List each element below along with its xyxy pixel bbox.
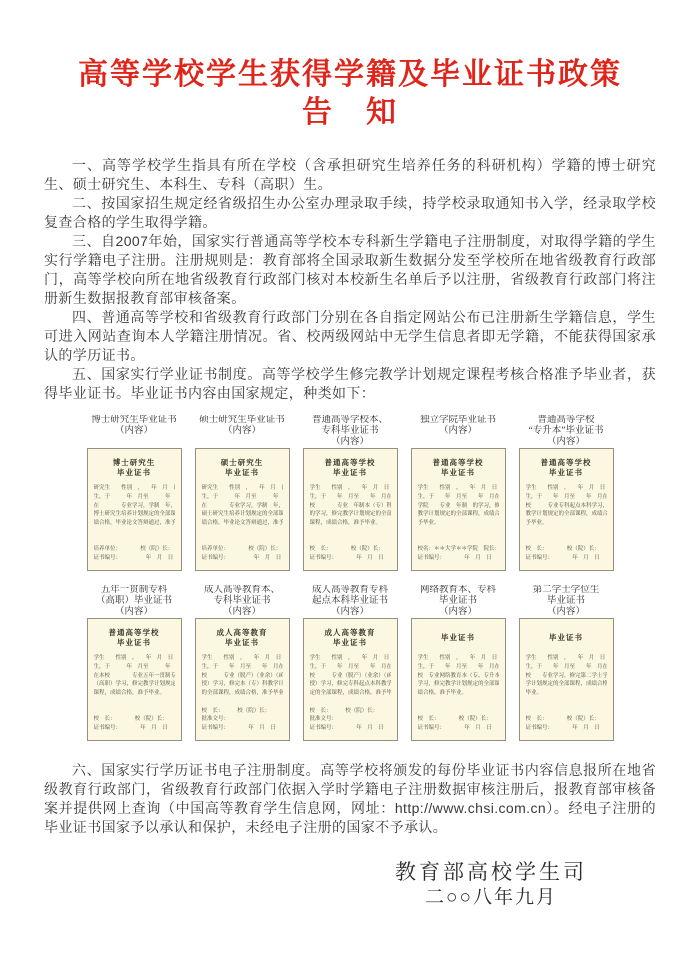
- certificate-body-line: 学计划规定的全部课程，成绩合格，准予: [526, 680, 607, 689]
- certificate-signature-lines: 校 长： 校（院）长：证书编号： 年 月 日: [310, 545, 391, 563]
- certificate-sign-line: 校 长： 校（院）长：: [310, 707, 391, 716]
- certificate-body: 学生 性别 ， 年 月 日生，于 年 月至 年 月在本校 专业（脱产）（业余）（…: [202, 654, 283, 698]
- certificate-label-line: 专科毕业证书: [303, 426, 398, 437]
- certificate-signature-lines: 培养单位： 校（院）长：证书编号： 年 月 日: [94, 545, 175, 563]
- certificate-title-line: 博士研究生: [94, 458, 175, 468]
- certificate-label-line: 网络教育本、专科: [411, 585, 506, 596]
- certificate-title-line: 普通高等学校: [310, 458, 391, 468]
- certificate-body-line: 在 专业学习，学制 年，修完: [202, 502, 283, 511]
- certificate-title-line: 普通高等学校: [418, 458, 499, 468]
- document-title-line2: 告 知: [302, 96, 398, 129]
- document-page: 高等学校学生获得学籍及毕业证书政策 告 知 一、高等学校学生指具有所在学校（含承…: [0, 0, 700, 971]
- certificate-body-line: 定的全部课程，成绩合格，准予毕业。: [310, 689, 391, 698]
- certificate-body-line: 学生 性别 ， 年 月 日: [310, 654, 391, 663]
- certificate-body-line: 生，于 年 月至 年 月在本: [526, 493, 607, 502]
- certificate-body-line: 授）学习，修完专科起点本科教学计划规: [310, 680, 391, 689]
- certificate-label-line: “专升本”毕业证书: [519, 426, 614, 437]
- certificate-body-line: 课程，成绩合格，准予毕业。: [94, 689, 175, 698]
- certificate-thumbnail: 普通高等学校毕业证书学生 性别 ， 年 月 日生，于 年 月至 年 月在本校 专…: [519, 448, 614, 571]
- policy-paragraph-six: 六、国家实行学历证书电子注册制度。高等学校将颁发的每份毕业证书内容信息报所在地省…: [44, 761, 656, 837]
- certificate-title-line: 普通高等学校: [526, 458, 607, 468]
- certificate-thumbnail: 毕业证书学生 性别 ， 年 月 日生，于 年 月至 年 月在本校 专业网络教育本…: [411, 618, 506, 741]
- certificate-label: 成人高等教育专科起点本科毕业证书（内容）: [303, 585, 398, 618]
- certificate-grid: 博士研究生毕业证书（内容）博士研究生毕业证书研究生 性别 ， 年 月 日生，于 …: [0, 415, 700, 741]
- certificate-title: 普通高等学校毕业证书: [310, 457, 391, 478]
- certificate-thumbnail: 普通高等学校毕业证书学生 性别 ， 年 月 日生，于 年 月至 年 月在本校 专…: [303, 448, 398, 571]
- certificate-title: 硕士研究生毕业证书: [202, 457, 283, 478]
- certificate-sign-line: 校 长： 校（院）长：: [94, 715, 175, 724]
- certificate-title: 博士研究生毕业证书: [94, 457, 175, 478]
- certificate-body-line: 学生 性别 ， 年 月 日: [94, 654, 175, 663]
- policy-paragraph-4: 四、普通高等学校和省级教育行政部门分别在各自指定网站公布已注册新生学籍信息，学生…: [44, 308, 656, 365]
- certificate-label: 硕士研究生毕业证书（内容）: [195, 415, 290, 448]
- certificate-label: 网络教育本、专科毕业证书（内容）: [411, 585, 506, 618]
- certificate-title: 毕业证书: [526, 627, 607, 648]
- certificate-body-line: 毕业。: [526, 689, 607, 698]
- certificate-sign-line: 校 长： 校（院）长：: [310, 545, 391, 554]
- paragraph-six-wrap: 六、国家实行学历证书电子注册制度。高等学校将颁发的每份毕业证书内容信息报所在地省…: [44, 761, 656, 837]
- certificate-cell: 普通高等学校“专升本”毕业证书（内容）普通高等学校毕业证书学生 性别 ， 年 月…: [519, 415, 614, 571]
- certificate-title: 成人高等教育毕业证书: [202, 627, 283, 648]
- certificate-label-line: 成人高等教育专科: [303, 585, 398, 596]
- certificate-thumbnail: 普通高等学校毕业证书学生 性别 ， 年 月 日生，于 年 月至 年 月在本学院 …: [411, 448, 506, 571]
- certificate-body: 学生 性别 ， 年 月 日生，于 年 月至 年 月在本校 专业五年一贯制专科（高…: [94, 654, 175, 698]
- certificate-body-line: 生，于 年 月至 年 月在本: [418, 493, 499, 502]
- certificate-body-line: 研究生 性别 ， 年 月 日: [202, 484, 283, 493]
- certificate-body-line: 的学习，修完教学计划规定的全部: [310, 510, 391, 519]
- certificate-title-line: 毕业证书: [418, 633, 499, 643]
- certificate-body-line: 生，于 年 月至 年 月在本: [310, 493, 391, 502]
- certificate-body: 研究生 性别 ， 年 月 日生，于 年 月至 年 月在 专业学习，学制 年，修完…: [94, 484, 175, 528]
- certificate-label-line: （内容）: [195, 426, 290, 437]
- certificate-cell: 网络教育本、专科毕业证书（内容）毕业证书学生 性别 ， 年 月 日生，于 年 月…: [411, 585, 506, 741]
- certificate-thumbnail: 博士研究生毕业证书研究生 性别 ， 年 月 日生，于 年 月至 年 月在 专业学…: [87, 448, 182, 571]
- certificate-row-1: 博士研究生毕业证书（内容）博士研究生毕业证书研究生 性别 ， 年 月 日生，于 …: [0, 415, 700, 571]
- certificate-title-line: 毕业证书: [310, 638, 391, 648]
- certificate-body-line: 予毕业。: [418, 519, 499, 528]
- certificate-body-line: 课程，成绩合格，准予毕业。: [310, 519, 391, 528]
- certificate-signature-lines: 校 长： 校（院）长：证书编号： 年 月 日: [526, 545, 607, 563]
- certificate-sign-line: 证书编号： 年 月 日: [202, 724, 283, 733]
- certificate-signature-lines: 校 长： 校（院）长：证书编号： 年 月 日: [418, 715, 499, 733]
- certificate-body-line: 学生 性别 ， 年 月 日: [526, 654, 607, 663]
- certificate-body-line: 硕士研究生培养计划规定的全部课程，成: [202, 510, 283, 519]
- certificate-body-line: 教学计划规定的全部课程，成绩合格，准: [526, 510, 607, 519]
- certificate-thumbnail: 成人高等教育毕业证书学生 性别 ， 年 月 日生，于 年 月至 年 月在本校 专…: [195, 618, 290, 741]
- certificate-label-line: 普通高等学校本、: [303, 415, 398, 426]
- certificate-cell: 普通高等学校本、专科毕业证书（内容）普通高等学校毕业证书学生 性别 ， 年 月 …: [303, 415, 398, 571]
- certificate-label-line: （内容）: [519, 607, 614, 618]
- certificate-body-line: 绩合格，毕业论文答辩通过，准予毕业。: [202, 519, 283, 528]
- certificate-title-line: 毕业证书: [202, 638, 283, 648]
- certificate-body-line: 校 专业网络教育本（专、专升本）科: [418, 672, 499, 681]
- certificate-title-line: 毕业证书: [310, 468, 391, 478]
- certificate-signature-lines: 校 长： 校（院）长：证书编号： 年 月 日: [94, 715, 175, 733]
- certificate-label: 五年一贯制专科（高职）毕业证书（内容）: [87, 585, 182, 618]
- certificate-label-line: （内容）: [195, 607, 290, 618]
- certificate-sign-line: 培养单位： 校（院）长：: [202, 545, 283, 554]
- certificate-body-line: 绩合格，准予毕业。: [418, 689, 499, 698]
- certificate-label-line: 独立学院毕业证书: [411, 415, 506, 426]
- certificate-title-line: 毕业证书: [202, 468, 283, 478]
- certificate-body-line: 生，于 年 月至 年 月在本: [418, 663, 499, 672]
- certificate-label-line: （内容）: [87, 426, 182, 437]
- certificate-sign-line: 批准文号：: [310, 715, 391, 724]
- certificate-body: 研究生 性别 ， 年 月 日生，于 年 月至 年 月在 专业学习，学制 年，修完…: [202, 484, 283, 528]
- certificate-thumbnail: 毕业证书学生 性别 ， 年 月 日生，于 年 月至 年 月在本校 专业学习，修完…: [519, 618, 614, 741]
- certificate-row-2: 五年一贯制专科（高职）毕业证书（内容）普通高等学校毕业证书学生 性别 ， 年 月…: [0, 585, 700, 741]
- certificate-cell: 硕士研究生毕业证书（内容）硕士研究生毕业证书研究生 性别 ， 年 月 日生，于 …: [195, 415, 290, 571]
- certificate-label-line: 普通高等学校: [519, 415, 614, 426]
- certificate-label-line: 起点本科毕业证书: [303, 596, 398, 607]
- certificate-sign-line: 校 长： 校（院）长：: [202, 707, 283, 716]
- certificate-body-line: 校 专业专科起点本科学习，修完: [526, 502, 607, 511]
- certificate-signature-lines: 校 长： 校（院）长：批准文号：证书编号： 年 月 日: [202, 707, 283, 733]
- signature-block: 教育部高校学生司 二○○八年九月: [366, 859, 616, 911]
- certificate-label-line: （内容）: [519, 437, 614, 448]
- certificate-title-line: 成人高等教育: [310, 628, 391, 638]
- certificate-title-line: 毕业证书: [94, 638, 175, 648]
- certificate-sign-line: 证书编号： 年 月 日: [418, 554, 499, 563]
- certificate-thumbnail: 普通高等学校毕业证书学生 性别 ， 年 月 日生，于 年 月至 年 月在本校 专…: [87, 618, 182, 741]
- certificate-body: 学生 性别 ， 年 月 日生，于 年 月至 年 月在本校 专业专科起点本科学习，…: [526, 484, 607, 528]
- certificate-body: 学生 性别 ， 年 月 日生，于 年 月至 年 月在本学院 专业 年制 的学习，…: [418, 484, 499, 528]
- certificate-sign-line: 证书编号： 年 月 日: [94, 724, 175, 733]
- certificate-body-line: 校 专业 年制本（专）科: [310, 502, 391, 511]
- certificate-label: 独立学院毕业证书（内容）: [411, 415, 506, 448]
- certificate-label-line: （内容）: [411, 607, 506, 618]
- certificate-body-line: 学生 性别 ， 年 月 日: [418, 654, 499, 663]
- certificate-label-line: 硕士研究生毕业证书: [195, 415, 290, 426]
- certificate-sign-line: 证书编号： 年 月 日: [526, 554, 607, 563]
- certificate-label: 普通高等学校“专升本”毕业证书（内容）: [519, 415, 614, 448]
- certificate-body-line: 校 专业（脱产）（业余）（函: [310, 672, 391, 681]
- certificate-body-line: 学生 性别 ， 年 月 日: [310, 484, 391, 493]
- certificate-title: 普通高等学校毕业证书: [526, 457, 607, 478]
- certificate-label: 普通高等学校本、专科毕业证书（内容）: [303, 415, 398, 448]
- certificate-label-line: 第二学士学位生: [519, 585, 614, 596]
- certificate-cell: 独立学院毕业证书（内容）普通高等学校毕业证书学生 性别 ， 年 月 日生，于 年…: [411, 415, 506, 571]
- certificate-sign-line: 证书编号： 年 月 日: [202, 554, 283, 563]
- certificate-title-line: 普通高等学校: [94, 628, 175, 638]
- document-title-line1: 高等学校学生获得学籍及毕业证书政策: [78, 58, 622, 91]
- policy-paragraph-3: 三、自2007年始，国家实行普通高等学校本专科新生学籍电子注册制度，对取得学籍的…: [44, 232, 656, 308]
- certificate-body: 学生 性别 ， 年 月 日生，于 年 月至 年 月在本校 专业学习，修完第二学士…: [526, 654, 607, 698]
- certificate-label: 第二学士学位生毕业证书（内容）: [519, 585, 614, 618]
- certificate-body-line: 校 专业学习，修完第二学士学位教: [526, 672, 607, 681]
- policy-paragraph-2: 二、按国家招生规定经省级招生办公室办理录取手续，持学校录取通知书入学，经录取学校…: [44, 194, 656, 232]
- certificate-label-line: 成人高等教育本、: [195, 585, 290, 596]
- certificate-signature-lines: 校 长： 校（院）长：批准文号：证书编号： 年 月 日: [310, 707, 391, 733]
- certificate-body-line: 学生 性别 ， 年 月 日: [418, 484, 499, 493]
- certificate-sign-line: 证书编号： 年 月 日: [526, 724, 607, 733]
- certificate-body-line: 在 专业学习，学制 年，修完: [94, 502, 175, 511]
- certificate-label-line: （高职）毕业证书: [87, 596, 182, 607]
- certificate-body-line: 学习，修完教学计划规定的全部课程，成: [418, 680, 499, 689]
- certificate-sign-line: 批准文号：: [202, 715, 283, 724]
- certificate-sign-line: 校 长： 校（院）长：: [526, 545, 607, 554]
- certificate-body: 学生 性别 ， 年 月 日生，于 年 月至 年 月在本校 专业网络教育本（专、专…: [418, 654, 499, 698]
- certificate-body-line: 的全部课程，成绩合格，准予毕业。: [202, 689, 283, 698]
- certificate-thumbnail: 成人高等教育毕业证书学生 性别 ， 年 月 日生，于 年 月至 年 月在本校 专…: [303, 618, 398, 741]
- certificate-cell: 第二学士学位生毕业证书（内容）毕业证书学生 性别 ， 年 月 日生，于 年 月至…: [519, 585, 614, 741]
- policy-paragraph-1: 一、高等学校学生指具有所在学校（含承担研究生培养任务的科研机构）学籍的博士研究生…: [44, 156, 656, 194]
- policy-paragraphs: 一、高等学校学生指具有所在学校（含承担研究生培养任务的科研机构）学籍的博士研究生…: [44, 156, 656, 403]
- certificate-body-line: 学生 性别 ， 年 月 日: [526, 484, 607, 493]
- signature-issuer: 教育部高校学生司: [366, 859, 616, 885]
- certificate-label-line: 毕业证书: [411, 596, 506, 607]
- certificate-sign-line: 培养单位： 校（院）长：: [94, 545, 175, 554]
- certificate-label-line: （内容）: [303, 437, 398, 448]
- certificate-title: 普通高等学校毕业证书: [418, 457, 499, 478]
- certificate-title-line: 毕业证书: [94, 468, 175, 478]
- certificate-body-line: 生，于 年 月至 年 月: [94, 493, 175, 502]
- certificate-body-line: 教学计划规定的全部课程，成绩合格，准: [418, 510, 499, 519]
- certificate-body-line: 博士研究生培养计划规定的全部课程，成: [94, 510, 175, 519]
- certificate-title: 成人高等教育毕业证书: [310, 627, 391, 648]
- certificate-sign-line: 证书编号： 年 月 日: [310, 554, 391, 563]
- certificate-body-line: （高职）学习，修完教学计划规定的全部: [94, 680, 175, 689]
- certificate-signature-lines: 校名：＊＊大学＊＊学院 院长：证书编号： 年 月 日: [418, 545, 499, 563]
- certificate-body-line: 校 专业（脱产）（业余）（函: [202, 672, 283, 681]
- certificate-cell: 成人高等教育专科起点本科毕业证书（内容）成人高等教育毕业证书学生 性别 ， 年 …: [303, 585, 398, 741]
- signature-date: 二○○八年九月: [366, 885, 616, 911]
- certificate-label-line: 五年一贯制专科: [87, 585, 182, 596]
- certificate-title-line: 毕业证书: [418, 468, 499, 478]
- certificate-sign-line: 校 长： 校（院）长：: [526, 715, 607, 724]
- document-title: 高等学校学生获得学籍及毕业证书政策 告 知: [30, 56, 670, 132]
- certificate-sign-line: 校名：＊＊大学＊＊学院 院长：: [418, 545, 499, 554]
- certificate-thumbnail: 硕士研究生毕业证书研究生 性别 ， 年 月 日生，于 年 月至 年 月在 专业学…: [195, 448, 290, 571]
- certificate-label-line: （内容）: [87, 607, 182, 618]
- certificate-signature-lines: 培养单位： 校（院）长：证书编号： 年 月 日: [202, 545, 283, 563]
- certificate-body-line: 生，于 年 月至 年 月在本: [202, 663, 283, 672]
- certificate-sign-line: 校 长： 校（院）长：: [418, 715, 499, 724]
- certificate-sign-line: 证书编号： 年 月 日: [94, 554, 175, 563]
- policy-paragraph-5: 五、国家实行学业证书制度。高等学校学生修完教学计划规定课程考核合格准予毕业者，获…: [44, 365, 656, 403]
- certificate-label: 博士研究生毕业证书（内容）: [87, 415, 182, 448]
- certificate-title-line: 毕业证书: [526, 633, 607, 643]
- certificate-body-line: 授）学习，修完本（专）科教学计划规定: [202, 680, 283, 689]
- certificate-body-line: 生，于 年 月至 年 月: [202, 493, 283, 502]
- certificate-sign-line: 证书编号： 年 月 日: [418, 724, 499, 733]
- certificate-cell: 五年一贯制专科（高职）毕业证书（内容）普通高等学校毕业证书学生 性别 ， 年 月…: [87, 585, 182, 741]
- certificate-body-line: 学院 专业 年制 的学习，修完: [418, 502, 499, 511]
- certificate-label-line: （内容）: [411, 426, 506, 437]
- certificate-title-line: 毕业证书: [526, 468, 607, 478]
- certificate-body: 学生 性别 ， 年 月 日生，于 年 月至 年 月在本校 专业（脱产）（业余）（…: [310, 654, 391, 698]
- certificate-body-line: 生，于 年 月至 年 月: [94, 663, 175, 672]
- certificate-body-line: 研究生 性别 ， 年 月 日: [94, 484, 175, 493]
- certificate-title: 普通高等学校毕业证书: [94, 627, 175, 648]
- certificate-body-line: 在本校 专业五年一贯制专科: [94, 672, 175, 681]
- certificate-body-line: 予毕业。: [526, 519, 607, 528]
- certificate-label-line: 毕业证书: [519, 596, 614, 607]
- certificate-label-line: 博士研究生毕业证书: [87, 415, 182, 426]
- certificate-title: 毕业证书: [418, 627, 499, 648]
- certificate-body-line: 生，于 年 月至 年 月在本: [526, 663, 607, 672]
- certificate-title-line: 硕士研究生: [202, 458, 283, 468]
- certificate-body-line: 生，于 年 月至 年 月在本: [310, 663, 391, 672]
- certificate-label: 成人高等教育本、专科毕业证书（内容）: [195, 585, 290, 618]
- certificate-body: 学生 性别 ， 年 月 日生，于 年 月至 年 月在本校 专业 年制本（专）科的…: [310, 484, 391, 528]
- certificate-cell: 博士研究生毕业证书（内容）博士研究生毕业证书研究生 性别 ， 年 月 日生，于 …: [87, 415, 182, 571]
- certificate-signature-lines: 校 长： 校（院）长：证书编号： 年 月 日: [526, 715, 607, 733]
- certificate-label-line: （内容）: [303, 607, 398, 618]
- certificate-body-line: 绩合格，毕业论文答辩通过，准予毕业。: [94, 519, 175, 528]
- certificate-body-line: 学生 性别 ， 年 月 日: [202, 654, 283, 663]
- certificate-cell: 成人高等教育本、专科毕业证书（内容）成人高等教育毕业证书学生 性别 ， 年 月 …: [195, 585, 290, 741]
- certificate-sign-line: 证书编号： 年 月 日: [310, 724, 391, 733]
- certificate-title-line: 成人高等教育: [202, 628, 283, 638]
- certificate-label-line: 专科毕业证书: [195, 596, 290, 607]
